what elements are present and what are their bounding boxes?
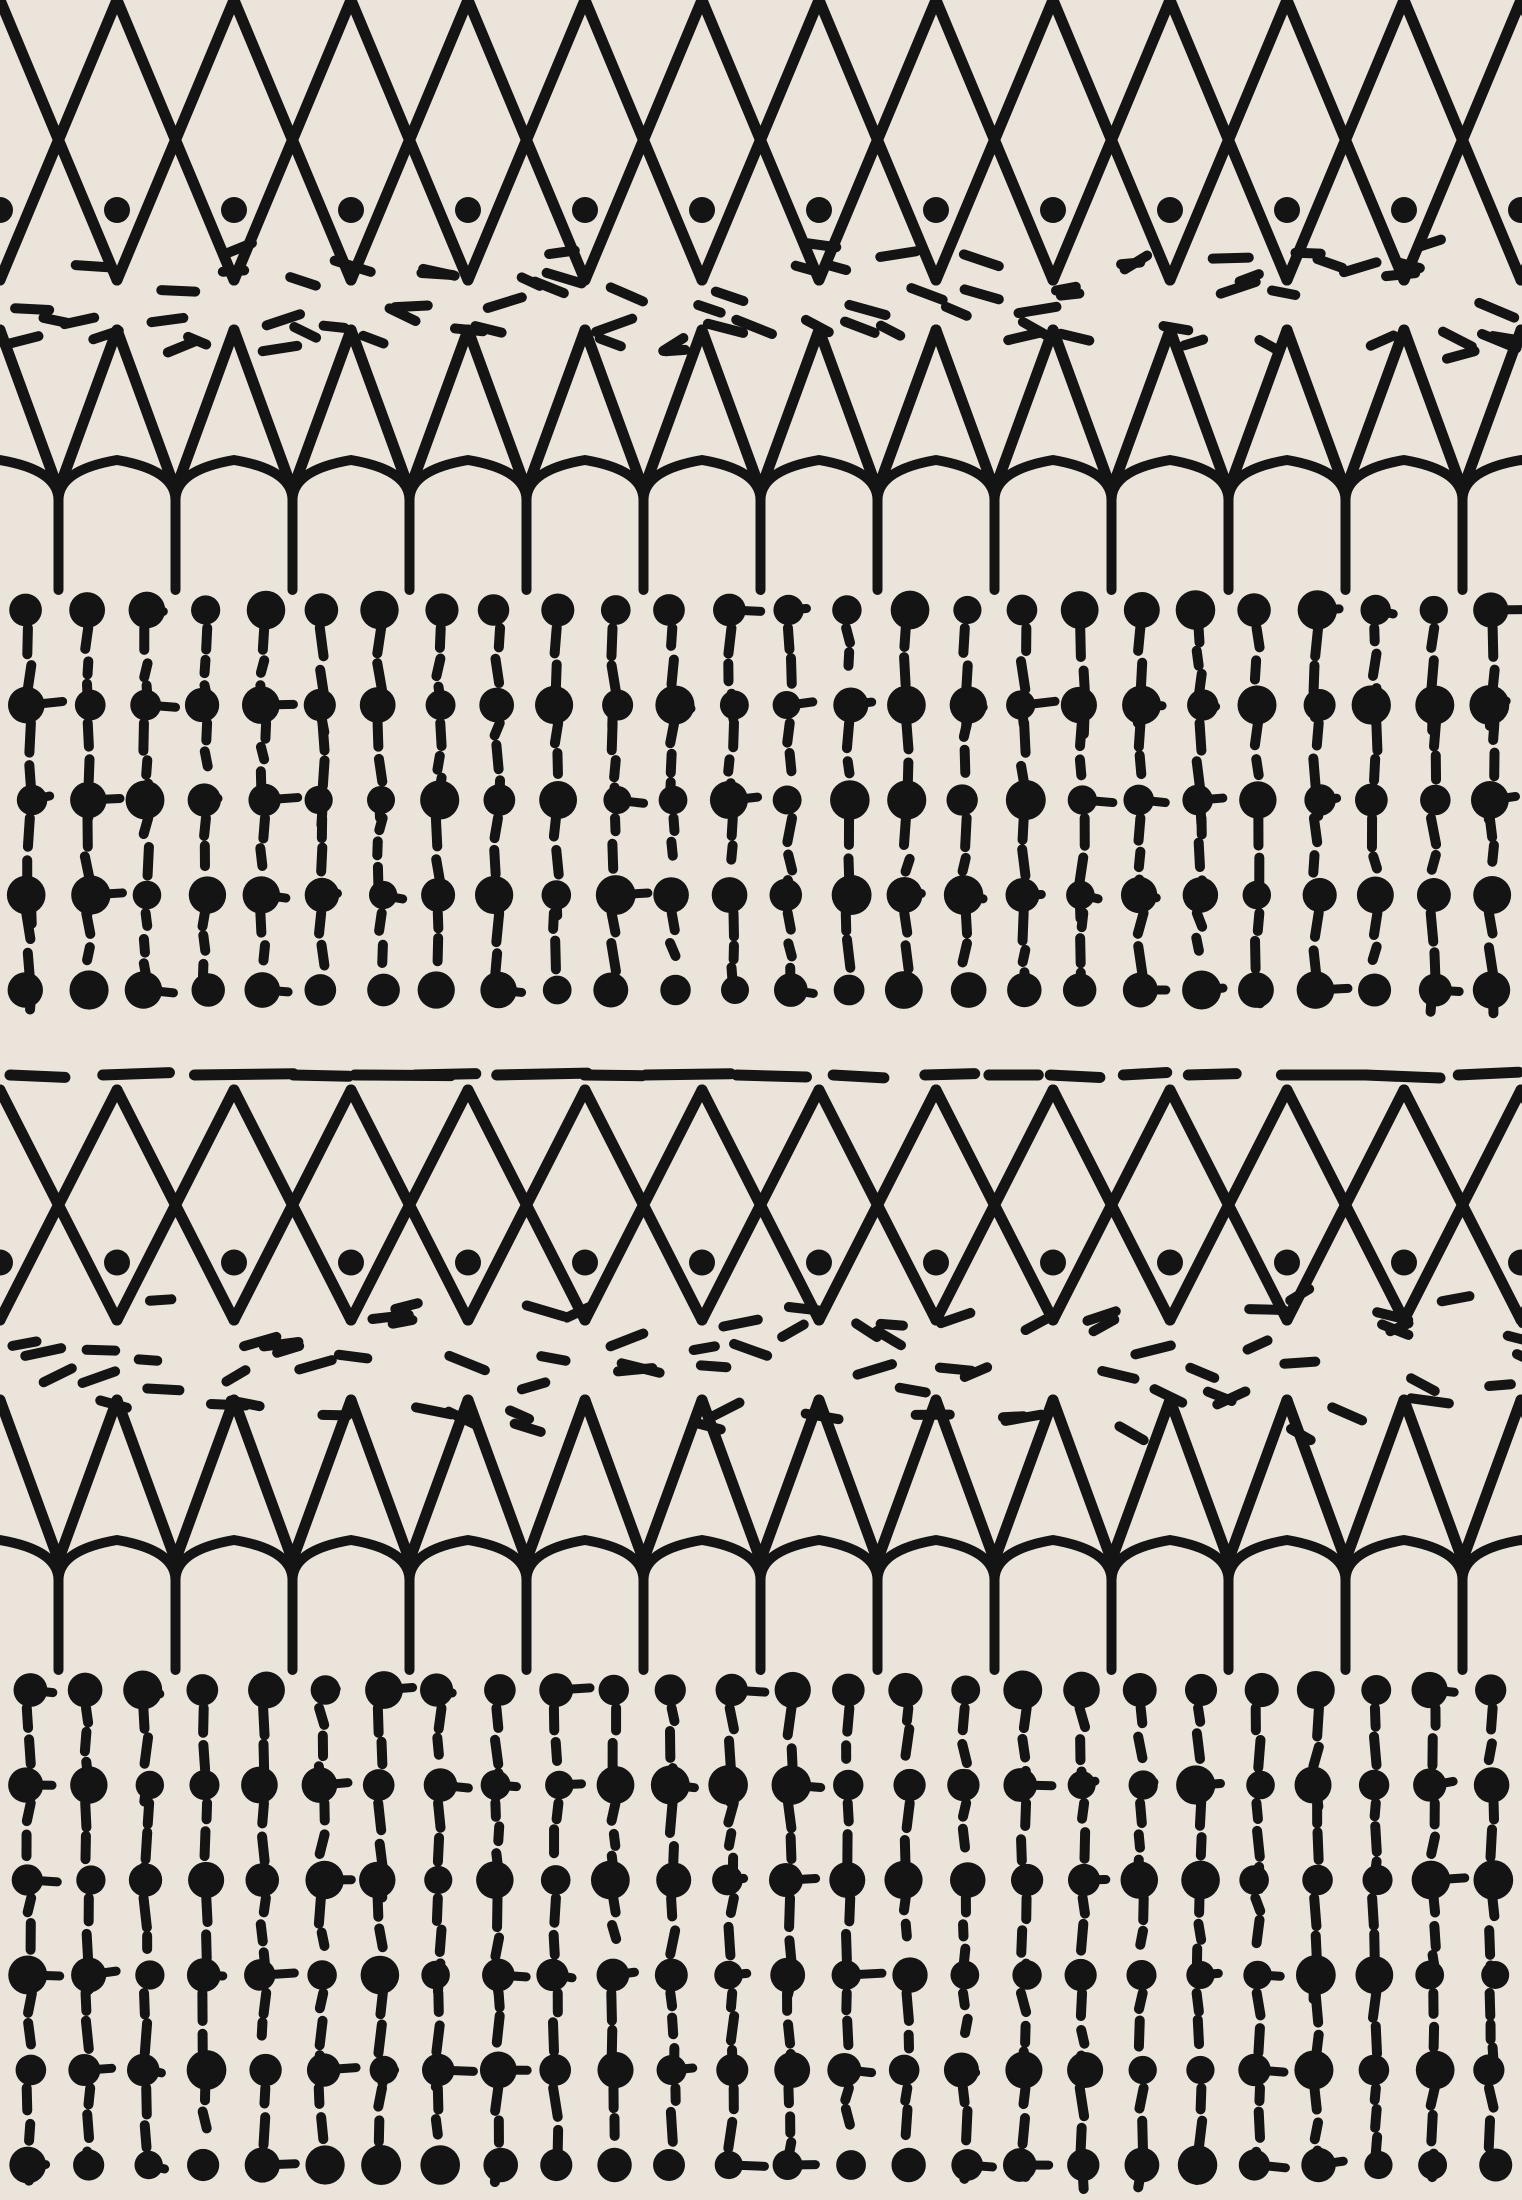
rug-photo [0,0,1522,2200]
